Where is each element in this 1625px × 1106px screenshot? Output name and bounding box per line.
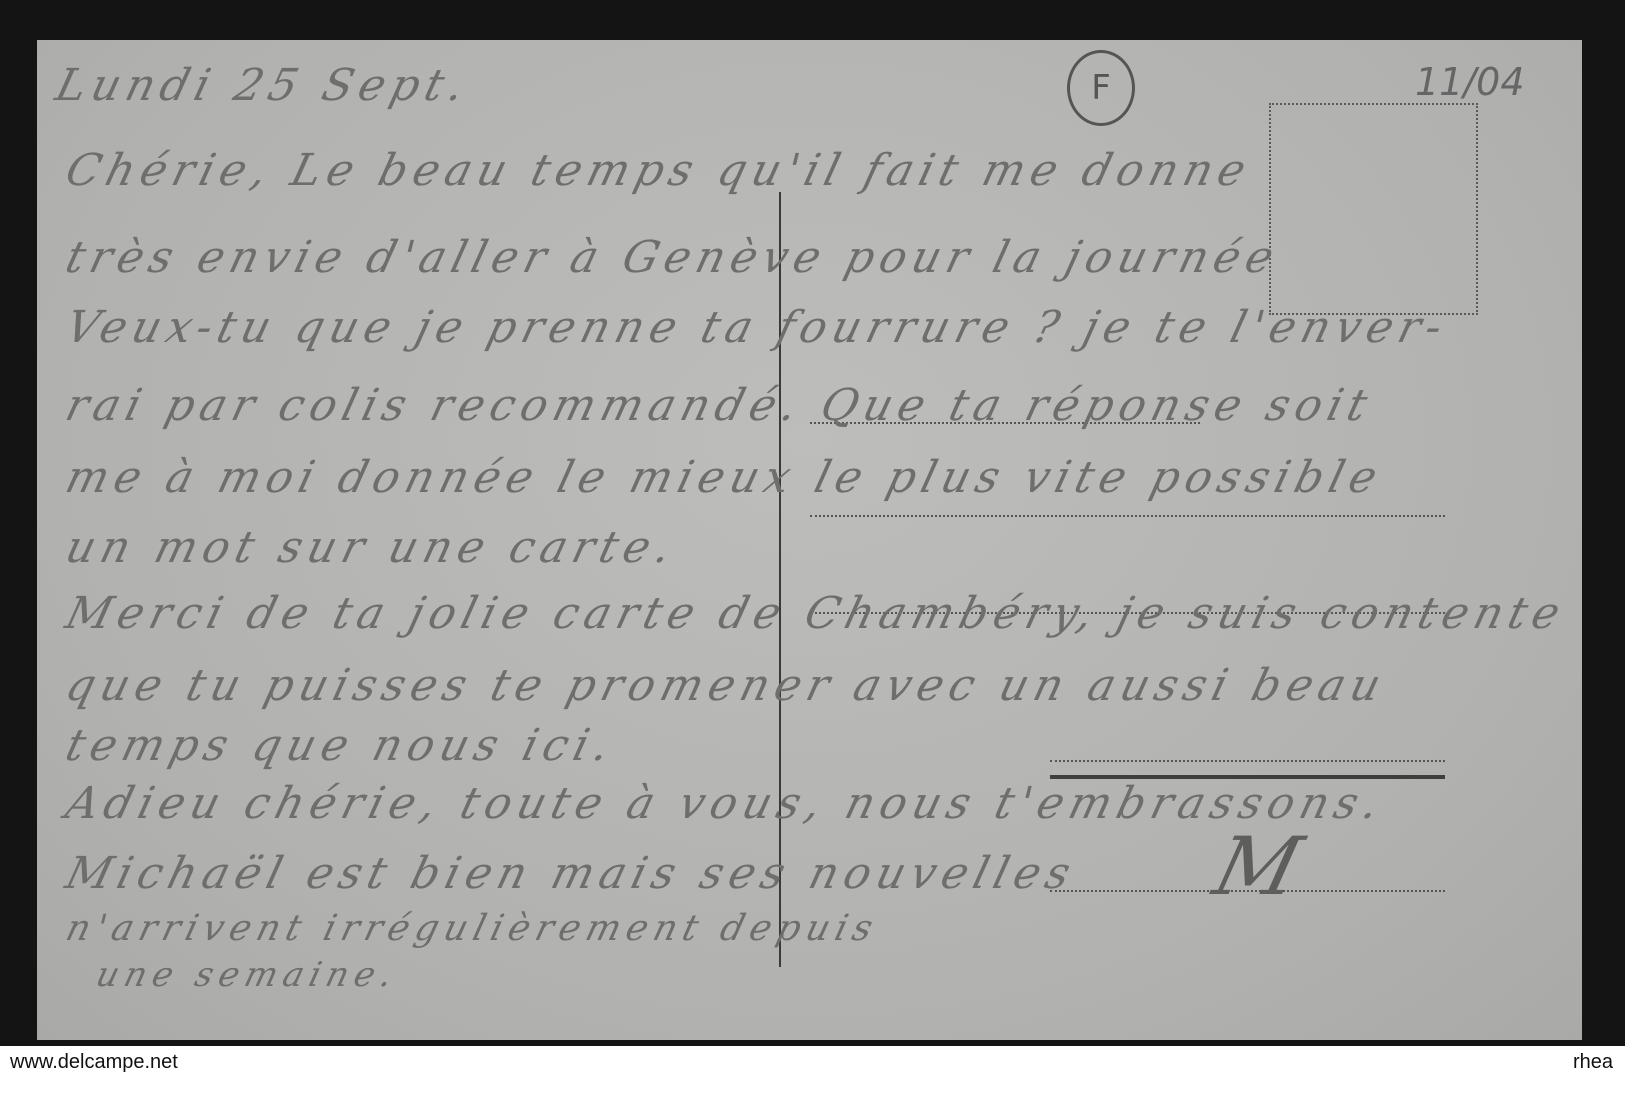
message-line: une semaine. [92,955,402,995]
address-line [1050,760,1445,762]
circled-f-mark: F [1067,50,1135,126]
address-line [810,515,1445,517]
reference-number: 11/04 [1415,60,1525,104]
watermark-site: www.delcampe.net [10,1051,178,1074]
message-line: Adieu chérie, toute à vous, nous t'embra… [61,778,1390,829]
message-line: que tu puisses te promener avec un aussi… [61,660,1392,711]
postcard-back: Lundi 25 Sept. F 11/04 Chérie, Le beau t… [37,40,1582,1040]
message-line: n'arrivent irrégulièrement depuis [62,908,883,949]
watermark-seller: rhea [1573,1051,1613,1074]
signature: M [1205,820,1310,913]
message-line: Veux-tu que je prenne ta fourrure ? je t… [61,302,1454,353]
date-line: Lundi 25 Sept. [51,60,476,111]
message-line: me à moi donnée le mieux le plus vite po… [61,452,1388,503]
message-line: un mot sur une carte. [61,522,683,573]
watermark-bar: www.delcampe.net rhea [0,1046,1625,1106]
message-line: temps que nous ici. [61,720,621,771]
message-line: rai par colis recommandé. Que ta réponse… [61,380,1379,431]
message-line: Merci de ta jolie carte de Chambéry, je … [61,588,1571,639]
message-line: très envie d'aller à Genève pour la jour… [61,232,1285,283]
message-line: Michaël est bien mais ses nouvelles [61,848,1082,899]
message-line: Chérie, Le beau temps qu'il fait me donn… [61,145,1257,196]
stamp-box [1269,103,1478,315]
